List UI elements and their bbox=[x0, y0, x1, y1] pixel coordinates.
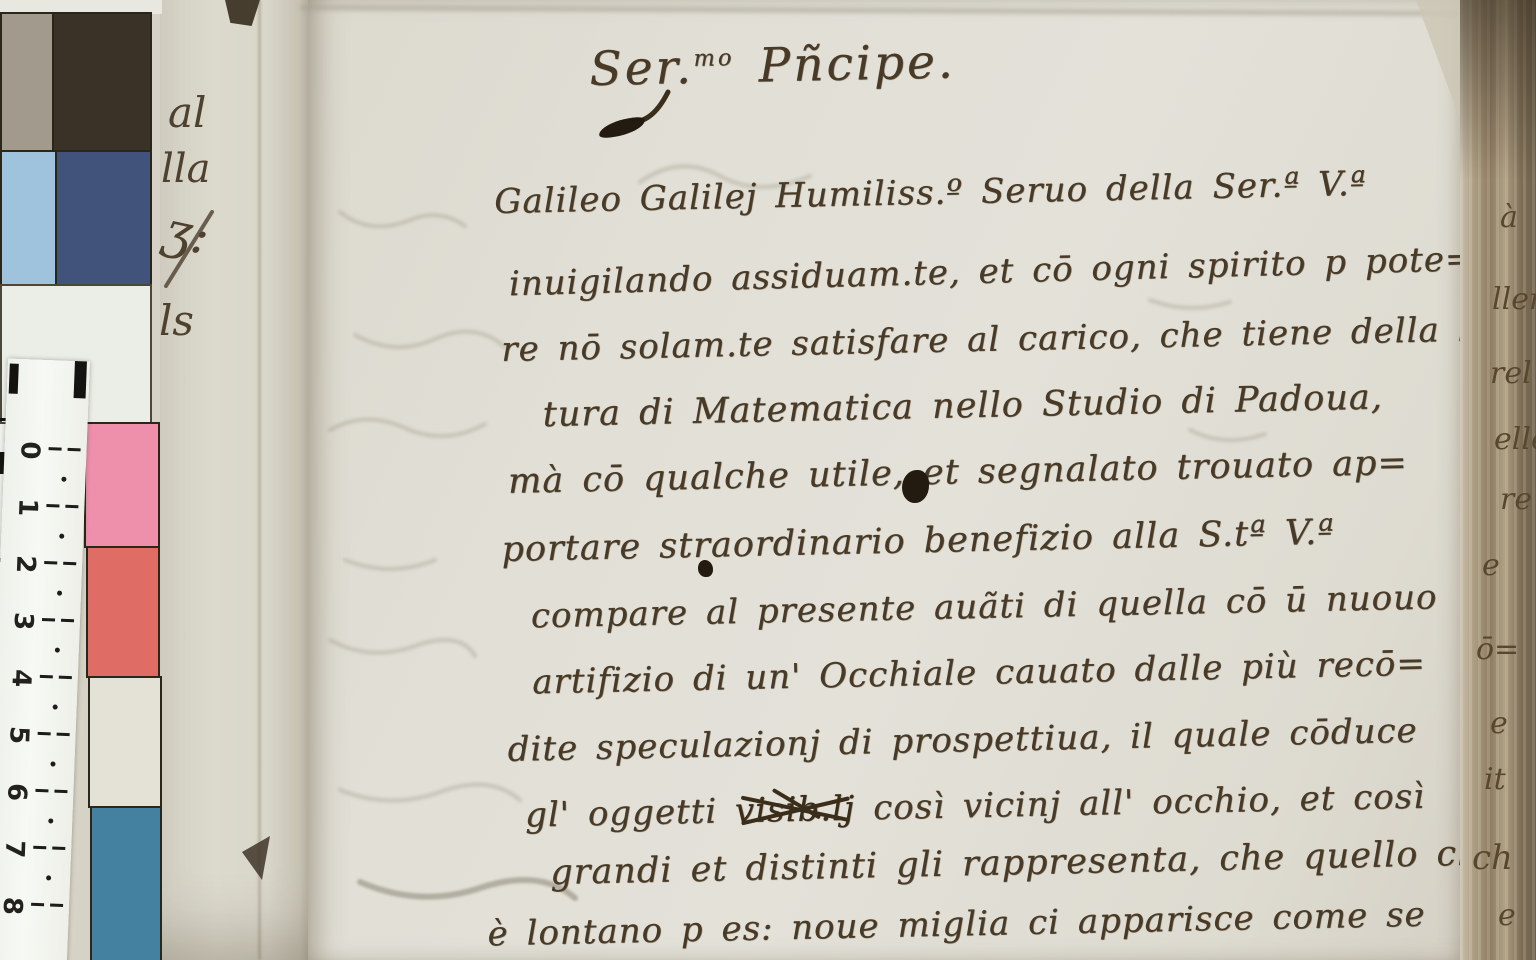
ruler-tick bbox=[33, 846, 46, 849]
right-margin-fragment: rel bbox=[1490, 356, 1532, 391]
ruler-number: 1 bbox=[12, 494, 43, 521]
right-margin-fragment: ch bbox=[1472, 838, 1513, 878]
ruler-tick bbox=[40, 675, 53, 678]
page-gutter bbox=[160, 0, 308, 960]
left-margin-fragment: al bbox=[168, 88, 206, 137]
color-patch-navy-blue bbox=[55, 150, 152, 286]
ruler-tick bbox=[65, 505, 78, 508]
ruler-tick bbox=[59, 676, 72, 679]
color-patch-dark-brown bbox=[52, 12, 152, 152]
ruler-tick bbox=[46, 504, 59, 507]
ruler-number: 4 bbox=[5, 665, 36, 692]
ruler-tick bbox=[44, 561, 57, 564]
folio-edge-shadow bbox=[1460, 0, 1536, 180]
ruler-tick bbox=[68, 448, 81, 451]
right-margin-fragment: re bbox=[1500, 482, 1532, 517]
ruler-half-tick bbox=[61, 477, 66, 482]
line-segment: gl' oggetti bbox=[525, 791, 736, 835]
right-margin-fragment: ller bbox=[1492, 282, 1536, 317]
heading-superscript: mo bbox=[693, 45, 735, 72]
right-margin-fragment: à bbox=[1500, 200, 1518, 235]
ruler-tick bbox=[63, 562, 76, 565]
ruler-number: 6 bbox=[1, 779, 32, 806]
right-margin-fragment: it bbox=[1484, 762, 1506, 797]
color-patch-red bbox=[86, 546, 160, 678]
ink-blot bbox=[698, 560, 713, 577]
ruler-half-tick bbox=[59, 534, 64, 539]
color-patch-pink bbox=[84, 422, 160, 548]
ruler-end-cap bbox=[9, 364, 19, 394]
ruler-half-tick bbox=[50, 761, 55, 766]
letter-line: Galileo Galilej Humiliss.º Seruo della S… bbox=[494, 164, 1367, 222]
ruler-end-cap bbox=[74, 361, 87, 398]
color-calibration-chart: 012345678 bbox=[0, 0, 162, 960]
left-margin-fragment: ls bbox=[159, 296, 194, 345]
right-margin-fragment: e bbox=[1498, 898, 1516, 933]
ruler-half-tick bbox=[48, 818, 53, 823]
right-margin-fragment: e bbox=[1482, 548, 1500, 583]
ruler-tick bbox=[31, 903, 44, 906]
ruler-number: 7 bbox=[0, 835, 30, 862]
right-margin-fragment: ō= bbox=[1476, 632, 1519, 667]
ruler-number: 0 bbox=[14, 437, 45, 464]
color-patch-off-white bbox=[88, 676, 162, 808]
letter-line: re nō solam.te satisfare al carico, che … bbox=[501, 308, 1535, 370]
heading-rest: Pñcipe. bbox=[734, 34, 956, 94]
right-margin-fragment: e bbox=[1490, 706, 1508, 741]
ruler-tick bbox=[49, 447, 62, 450]
ruler-number: 3 bbox=[7, 608, 38, 635]
color-patch-steel-blue bbox=[90, 806, 162, 960]
letter-line: gl' oggetti visib.lj così vicinj all' oc… bbox=[525, 777, 1426, 836]
letter-line: dite speculazionj di prospettiua, il qua… bbox=[507, 711, 1418, 770]
ruler-tick bbox=[61, 619, 74, 622]
crossed-out-word: visib.lj bbox=[735, 789, 856, 832]
ruler-tick bbox=[57, 733, 70, 736]
ruler-number: 5 bbox=[3, 722, 34, 749]
letter-line: mà cō qualche utile, et segnalato trouat… bbox=[508, 443, 1408, 502]
color-patch-light-blue bbox=[0, 150, 57, 286]
ruler-half-tick bbox=[55, 647, 60, 652]
ruler-half-tick bbox=[57, 591, 62, 596]
letter-line: inuigilando assiduam.te, et cō ogni spir… bbox=[508, 239, 1474, 304]
ruler-number: 2 bbox=[10, 551, 41, 578]
ruler-tick bbox=[54, 790, 67, 793]
letter-body: Ser.mo Pñcipe. Galileo Galilej Humiliss.… bbox=[298, 0, 1472, 960]
gutter-crease bbox=[258, 0, 261, 960]
ruler-half-tick bbox=[53, 704, 58, 709]
ruler-tick bbox=[42, 618, 55, 621]
line-segment: così vicinj all' occhio, et così bbox=[855, 777, 1425, 829]
letter-line: artifizio di un' Occhiale cauato dalle p… bbox=[532, 644, 1426, 703]
ruler-tick bbox=[35, 789, 48, 792]
ruler-half-tick bbox=[46, 875, 51, 880]
ruler-tick bbox=[38, 732, 51, 735]
left-margin-fragment: lla bbox=[161, 146, 210, 192]
letter-heading: Ser.mo Pñcipe. bbox=[589, 34, 956, 97]
letter-line: compare al presente auãti di quella cō ū… bbox=[530, 577, 1437, 636]
letter-line: portare straordinario benefizio alla S.t… bbox=[501, 513, 1335, 570]
ruler-tick bbox=[52, 847, 65, 850]
ruler: 012345678 bbox=[0, 358, 90, 960]
letter-line: grandi et distinti gli rappresenta, che … bbox=[550, 834, 1481, 893]
ruler-number: 8 bbox=[0, 892, 28, 919]
heading-word: Ser. bbox=[589, 40, 694, 97]
right-margin-fragment: elle bbox=[1494, 422, 1536, 457]
manuscript-scan: { "document": { "kind": "handwritten man… bbox=[0, 0, 1536, 960]
color-patch-gray bbox=[0, 12, 54, 152]
letter-line: tura di Matematica nello Studio di Padou… bbox=[542, 377, 1383, 435]
ruler-tick bbox=[50, 903, 63, 906]
